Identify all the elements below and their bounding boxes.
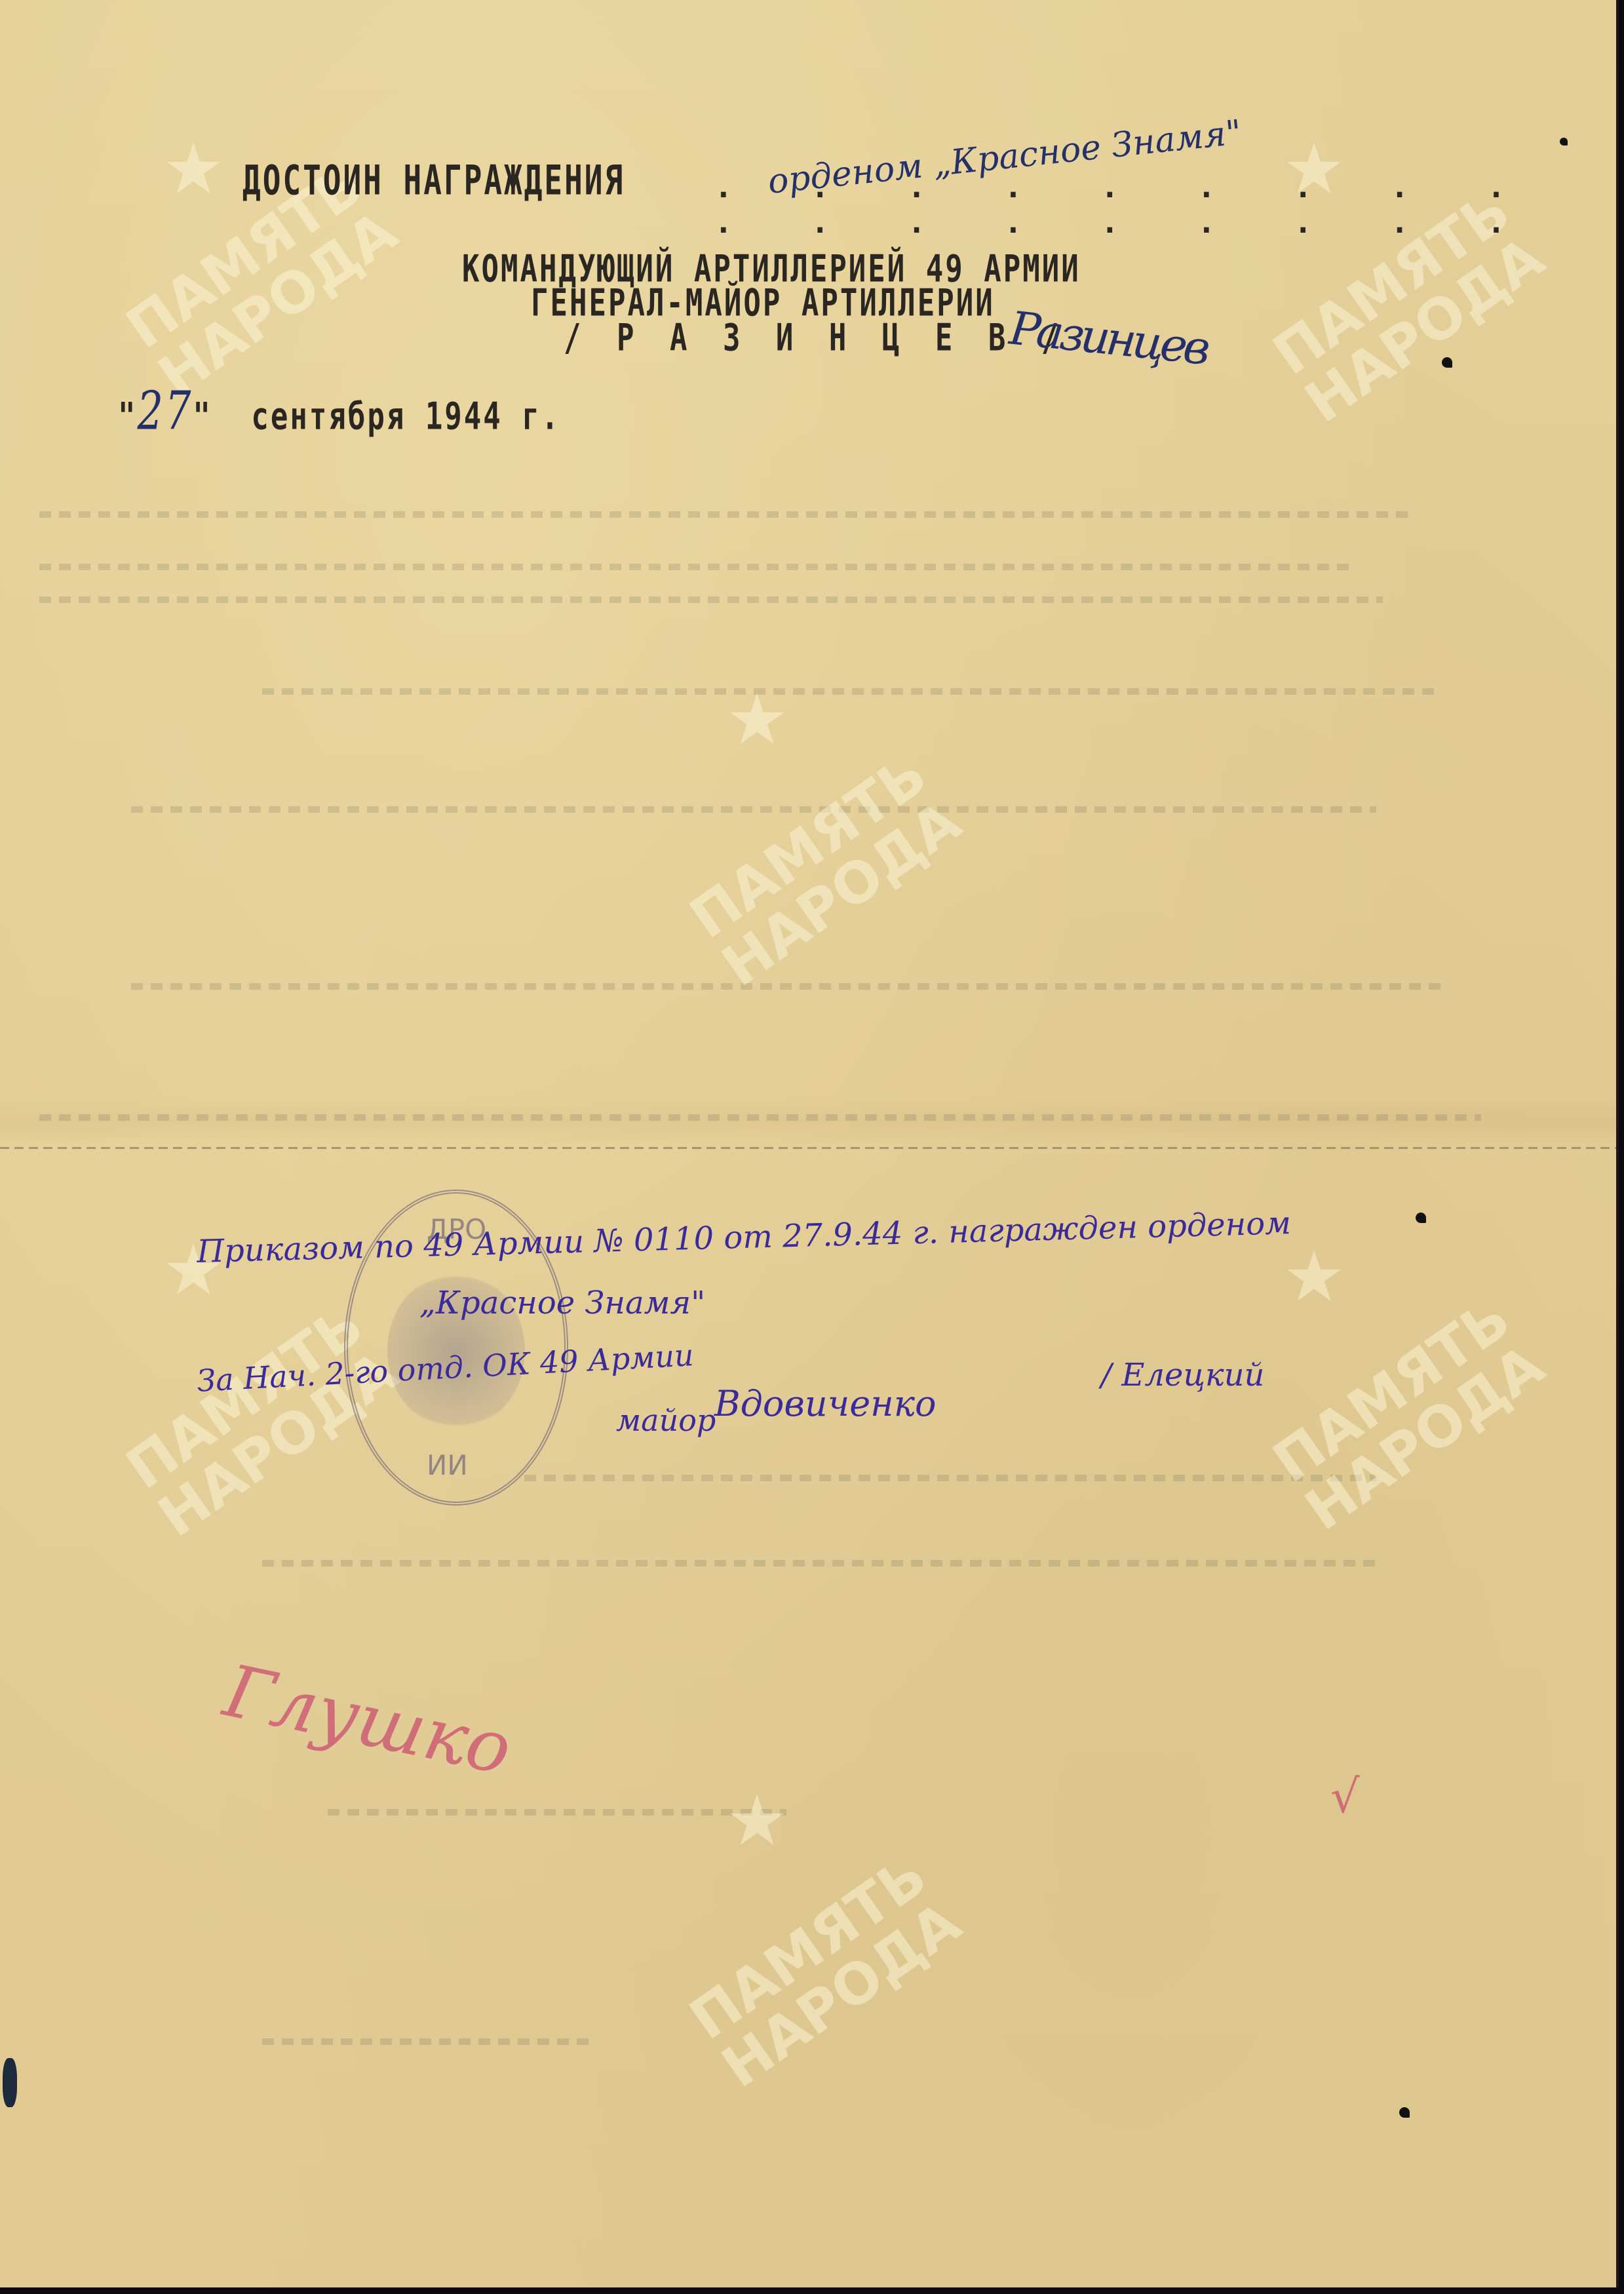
show-through-line xyxy=(39,596,1383,603)
order-annotation-line2: „Красное Знамя" xyxy=(419,1285,705,1321)
punch-hole xyxy=(1416,1213,1426,1223)
show-through-line xyxy=(262,2038,590,2045)
show-through-line xyxy=(39,564,1350,570)
signatory-name: / Р А З И Н Ц Е В / xyxy=(564,316,1068,359)
punch-hole xyxy=(1399,2107,1410,2118)
red-pencil-mark: Глушко xyxy=(218,1648,519,1791)
show-through-line xyxy=(39,1114,1481,1121)
ink-blot xyxy=(3,2058,17,2107)
date-rest: сентября 1944 г. xyxy=(251,395,560,438)
order-signer-name: / Елецкий xyxy=(1101,1357,1264,1393)
watermark: ПАМЯТЬ НАРОДА xyxy=(1263,1289,1553,1540)
punch-hole xyxy=(1560,138,1568,146)
show-through-line xyxy=(262,688,1442,695)
punch-hole xyxy=(1442,357,1452,368)
watermark-star-icon: ★ xyxy=(164,111,223,210)
watermark-star-icon: ★ xyxy=(727,662,786,760)
order-signer-rank: майор xyxy=(616,1403,716,1438)
award-label: ДОСТОИН НАГРАЖДЕНИЯ xyxy=(242,157,625,204)
watermark: ПАМЯТЬ НАРОДА xyxy=(680,1846,970,2097)
watermark-star-icon: ★ xyxy=(1285,1219,1344,1317)
show-through-line xyxy=(328,1809,786,1816)
stamp-text-bottom: ИИ xyxy=(427,1449,468,1481)
date-day-handwritten: 27 xyxy=(138,379,193,442)
document-page: ★ ПАМЯТЬ НАРОДА ★ ПАМЯТЬ НАРОДА ★ ПАМЯТЬ… xyxy=(0,0,1619,2287)
show-through-line xyxy=(524,1475,1376,1481)
show-through-line xyxy=(262,1560,1376,1566)
order-annotation-line1: Приказом по 49 Армии № 0110 от 27.9.44 г… xyxy=(197,1205,1292,1270)
show-through-line xyxy=(39,511,1416,518)
date-line: "27" сентября 1944 г. xyxy=(118,379,560,442)
watermark-star-icon: ★ xyxy=(727,1763,786,1861)
red-pencil-tick: √ xyxy=(1330,1770,1360,1823)
show-through-line xyxy=(131,983,1442,990)
watermark: ПАМЯТЬ НАРОДА xyxy=(680,745,970,996)
signatory-signature: Разинцев xyxy=(1007,301,1209,375)
show-through-line xyxy=(131,806,1376,813)
order-signature: Вдовиченко xyxy=(714,1383,937,1424)
fold-crease xyxy=(0,1147,1616,1149)
